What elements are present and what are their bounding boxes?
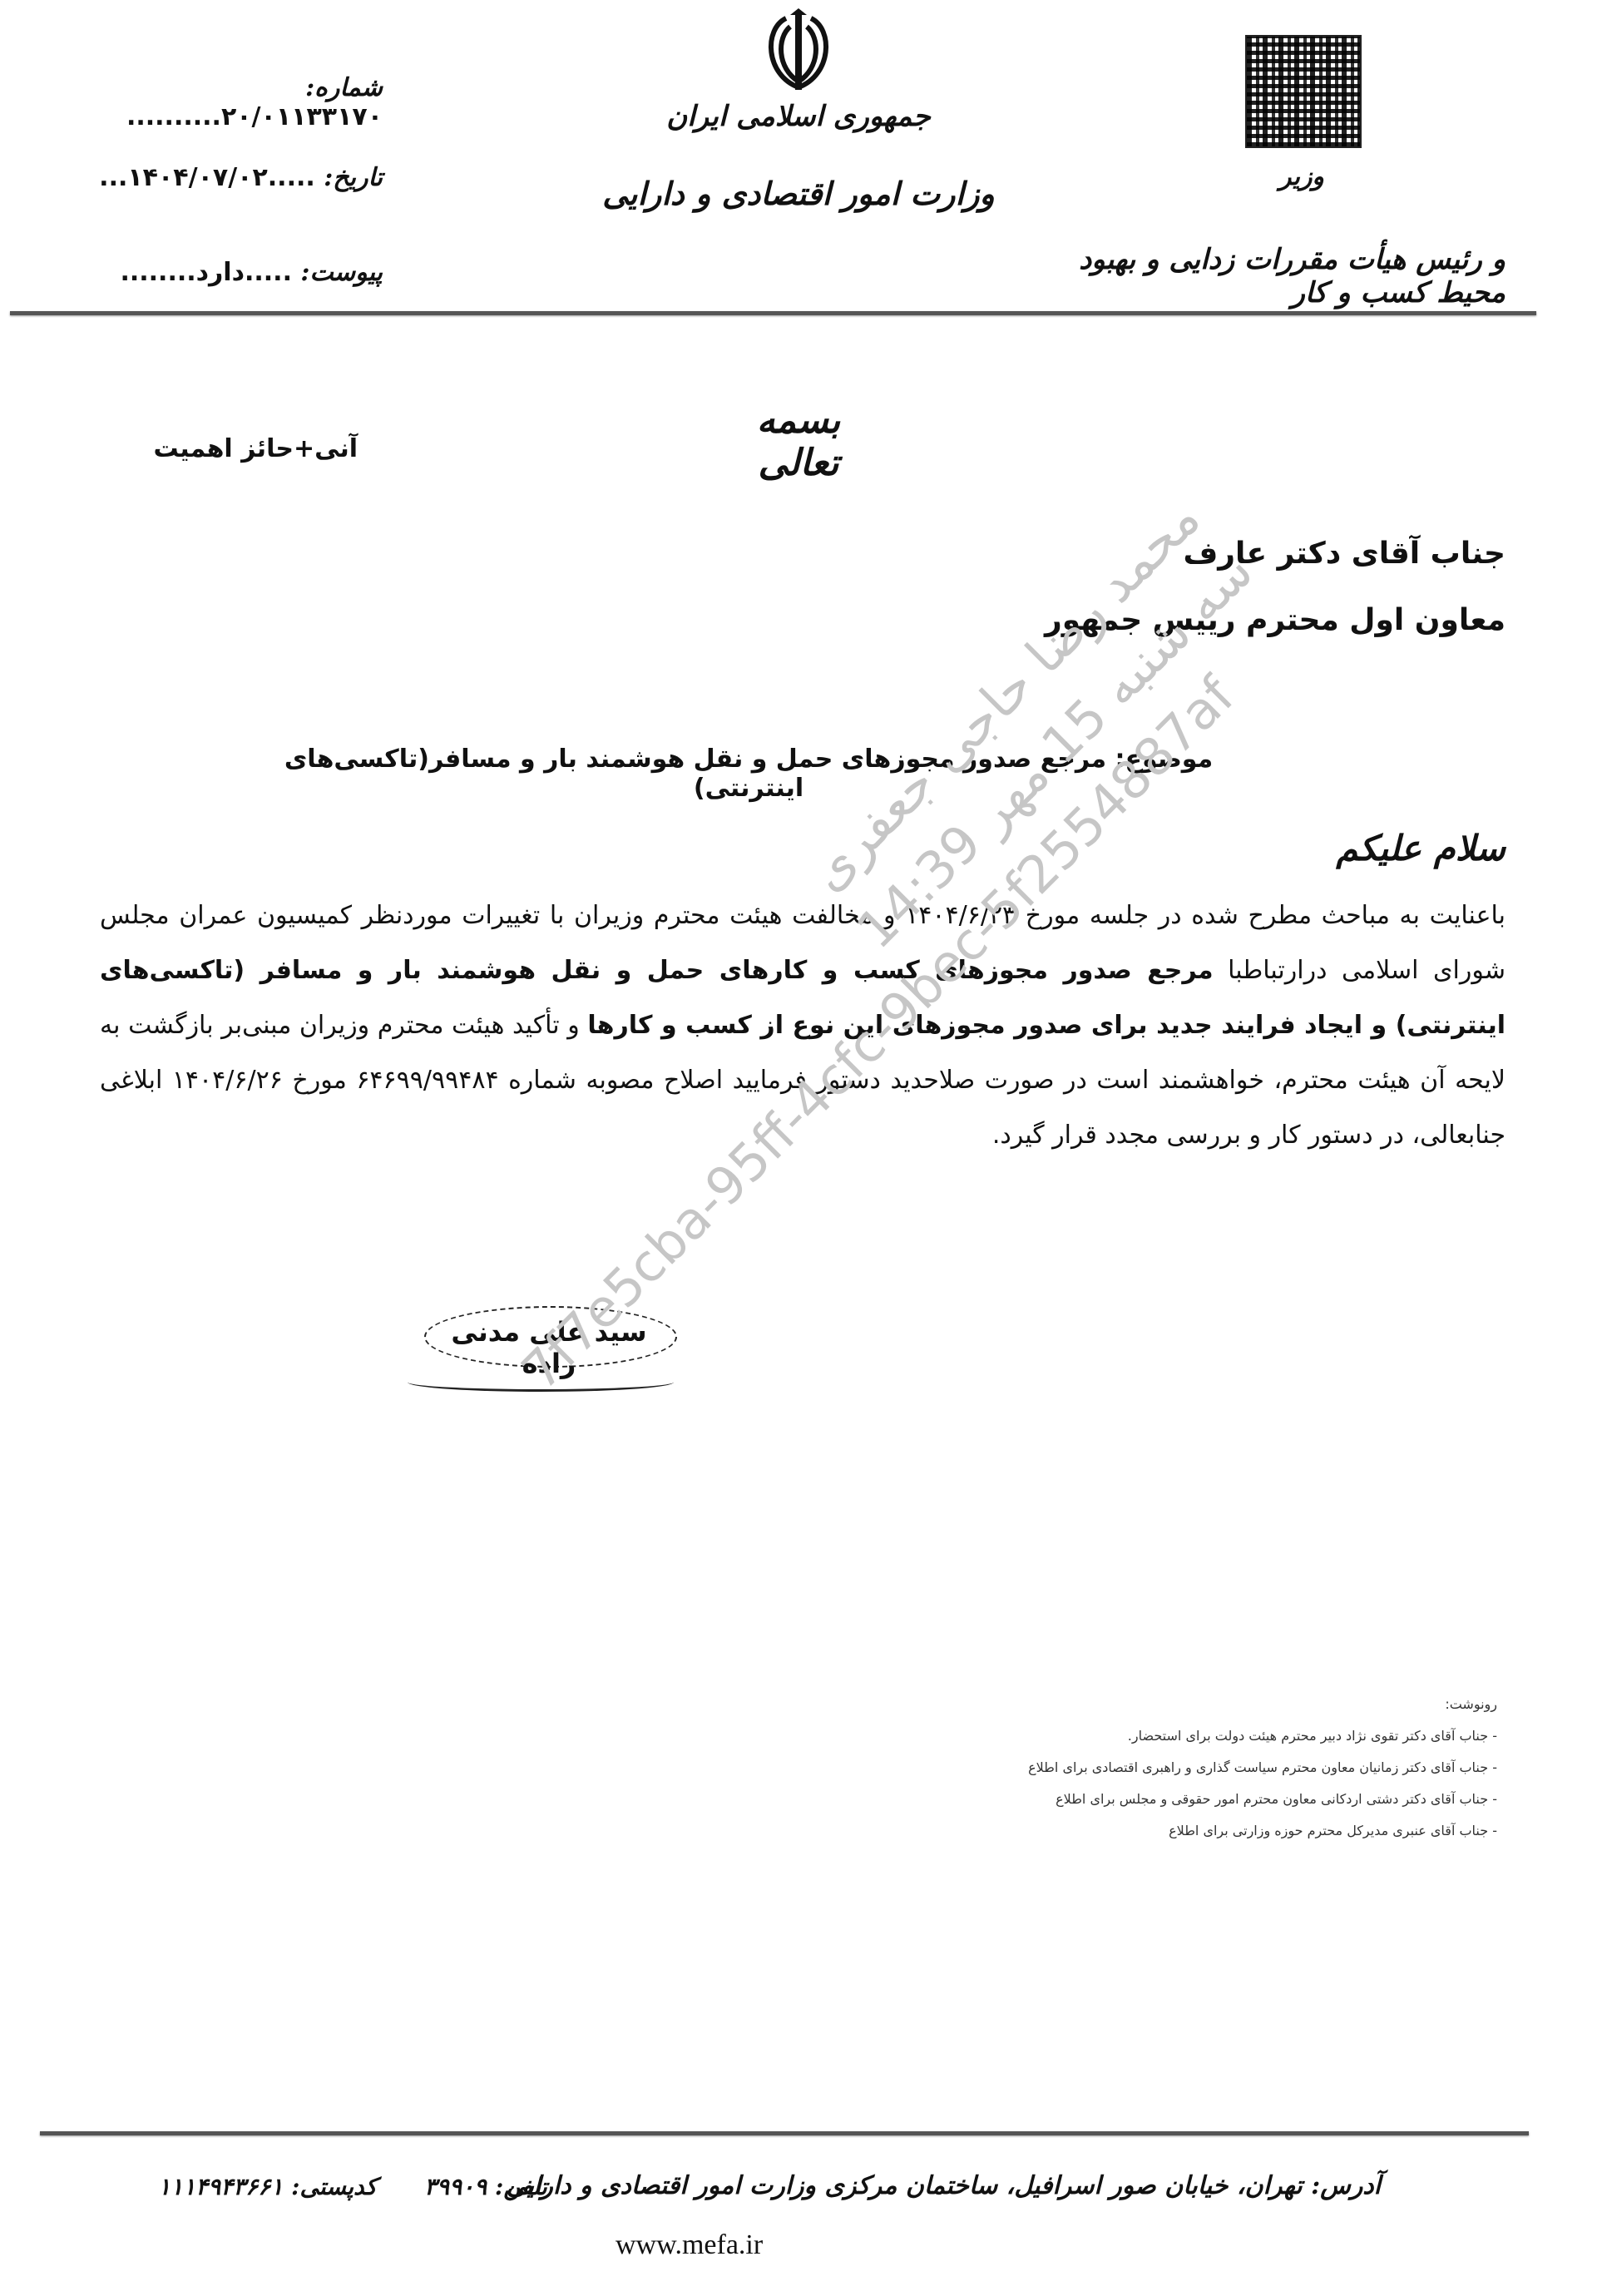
cc-title: رونوشت: <box>865 1689 1497 1720</box>
qr-code-icon <box>1245 35 1362 148</box>
cc-item: - جناب آقای دکتر دشتی اردکانی معاون محتر… <box>865 1784 1497 1815</box>
letter-date-label: تاریخ: <box>324 163 383 192</box>
footer-website-link[interactable]: www.mefa.ir <box>616 2229 763 2261</box>
footer-divider <box>40 2131 1529 2135</box>
letter-attachment-value: .....دارد........ <box>120 258 292 287</box>
letter-number: شماره: ۲۰/۰۱۱۳۳۱۷۰.......... <box>58 73 383 131</box>
cc-item: - جناب آقای عنبری مدیرکل محترم حوزه وزار… <box>865 1815 1497 1847</box>
minister-title: و رئیس هیأت مقررات زدایی و بهبود محیط کس… <box>1040 243 1506 309</box>
footer-postal-code: کدپستی: ۱۱۱۴۹۴۳۶۶۱ <box>158 2173 377 2200</box>
header-divider <box>10 311 1536 315</box>
salutation: سلام علیکم <box>1336 828 1506 868</box>
priority-label: آنی+حائز اهمیت <box>150 434 358 463</box>
letter-attachment: پیوست: .....دارد........ <box>58 258 383 287</box>
footer-phone: تلفن: ۳۹۹۰۹ <box>424 2173 547 2200</box>
cc-item: - جناب آقای دکتر تقوی نژاد دبیر محترم هی… <box>865 1720 1497 1752</box>
cc-item: - جناب آقای دکتر زمانیان معاون محترم سیا… <box>865 1752 1497 1784</box>
government-name: جمهوری اسلامی ایران <box>649 100 948 133</box>
footer-address: آدرس: تهران، خیابان صور اسرافیل، ساختمان… <box>507 2171 1381 2200</box>
letter-attachment-label: پیوست: <box>300 258 383 287</box>
iran-emblem-icon <box>749 8 848 100</box>
letter-date: تاریخ: .....۱۴۰۴/۰۷/۰۲... <box>58 163 383 192</box>
bismillah: بسمه تعالی <box>724 399 873 484</box>
letter-date-value: .....۱۴۰۴/۰۷/۰۲... <box>99 163 315 192</box>
ministry-name: وزارت امور اقتصادی و دارایی <box>582 175 1015 212</box>
letter-number-label: شماره: <box>305 73 383 102</box>
qr-label: وزیر <box>1260 162 1343 191</box>
letter-number-value: ۲۰/۰۱۱۳۳۱۷۰.......... <box>126 102 383 131</box>
cc-list: رونوشت: - جناب آقای دکتر تقوی نژاد دبیر … <box>865 1689 1497 1847</box>
